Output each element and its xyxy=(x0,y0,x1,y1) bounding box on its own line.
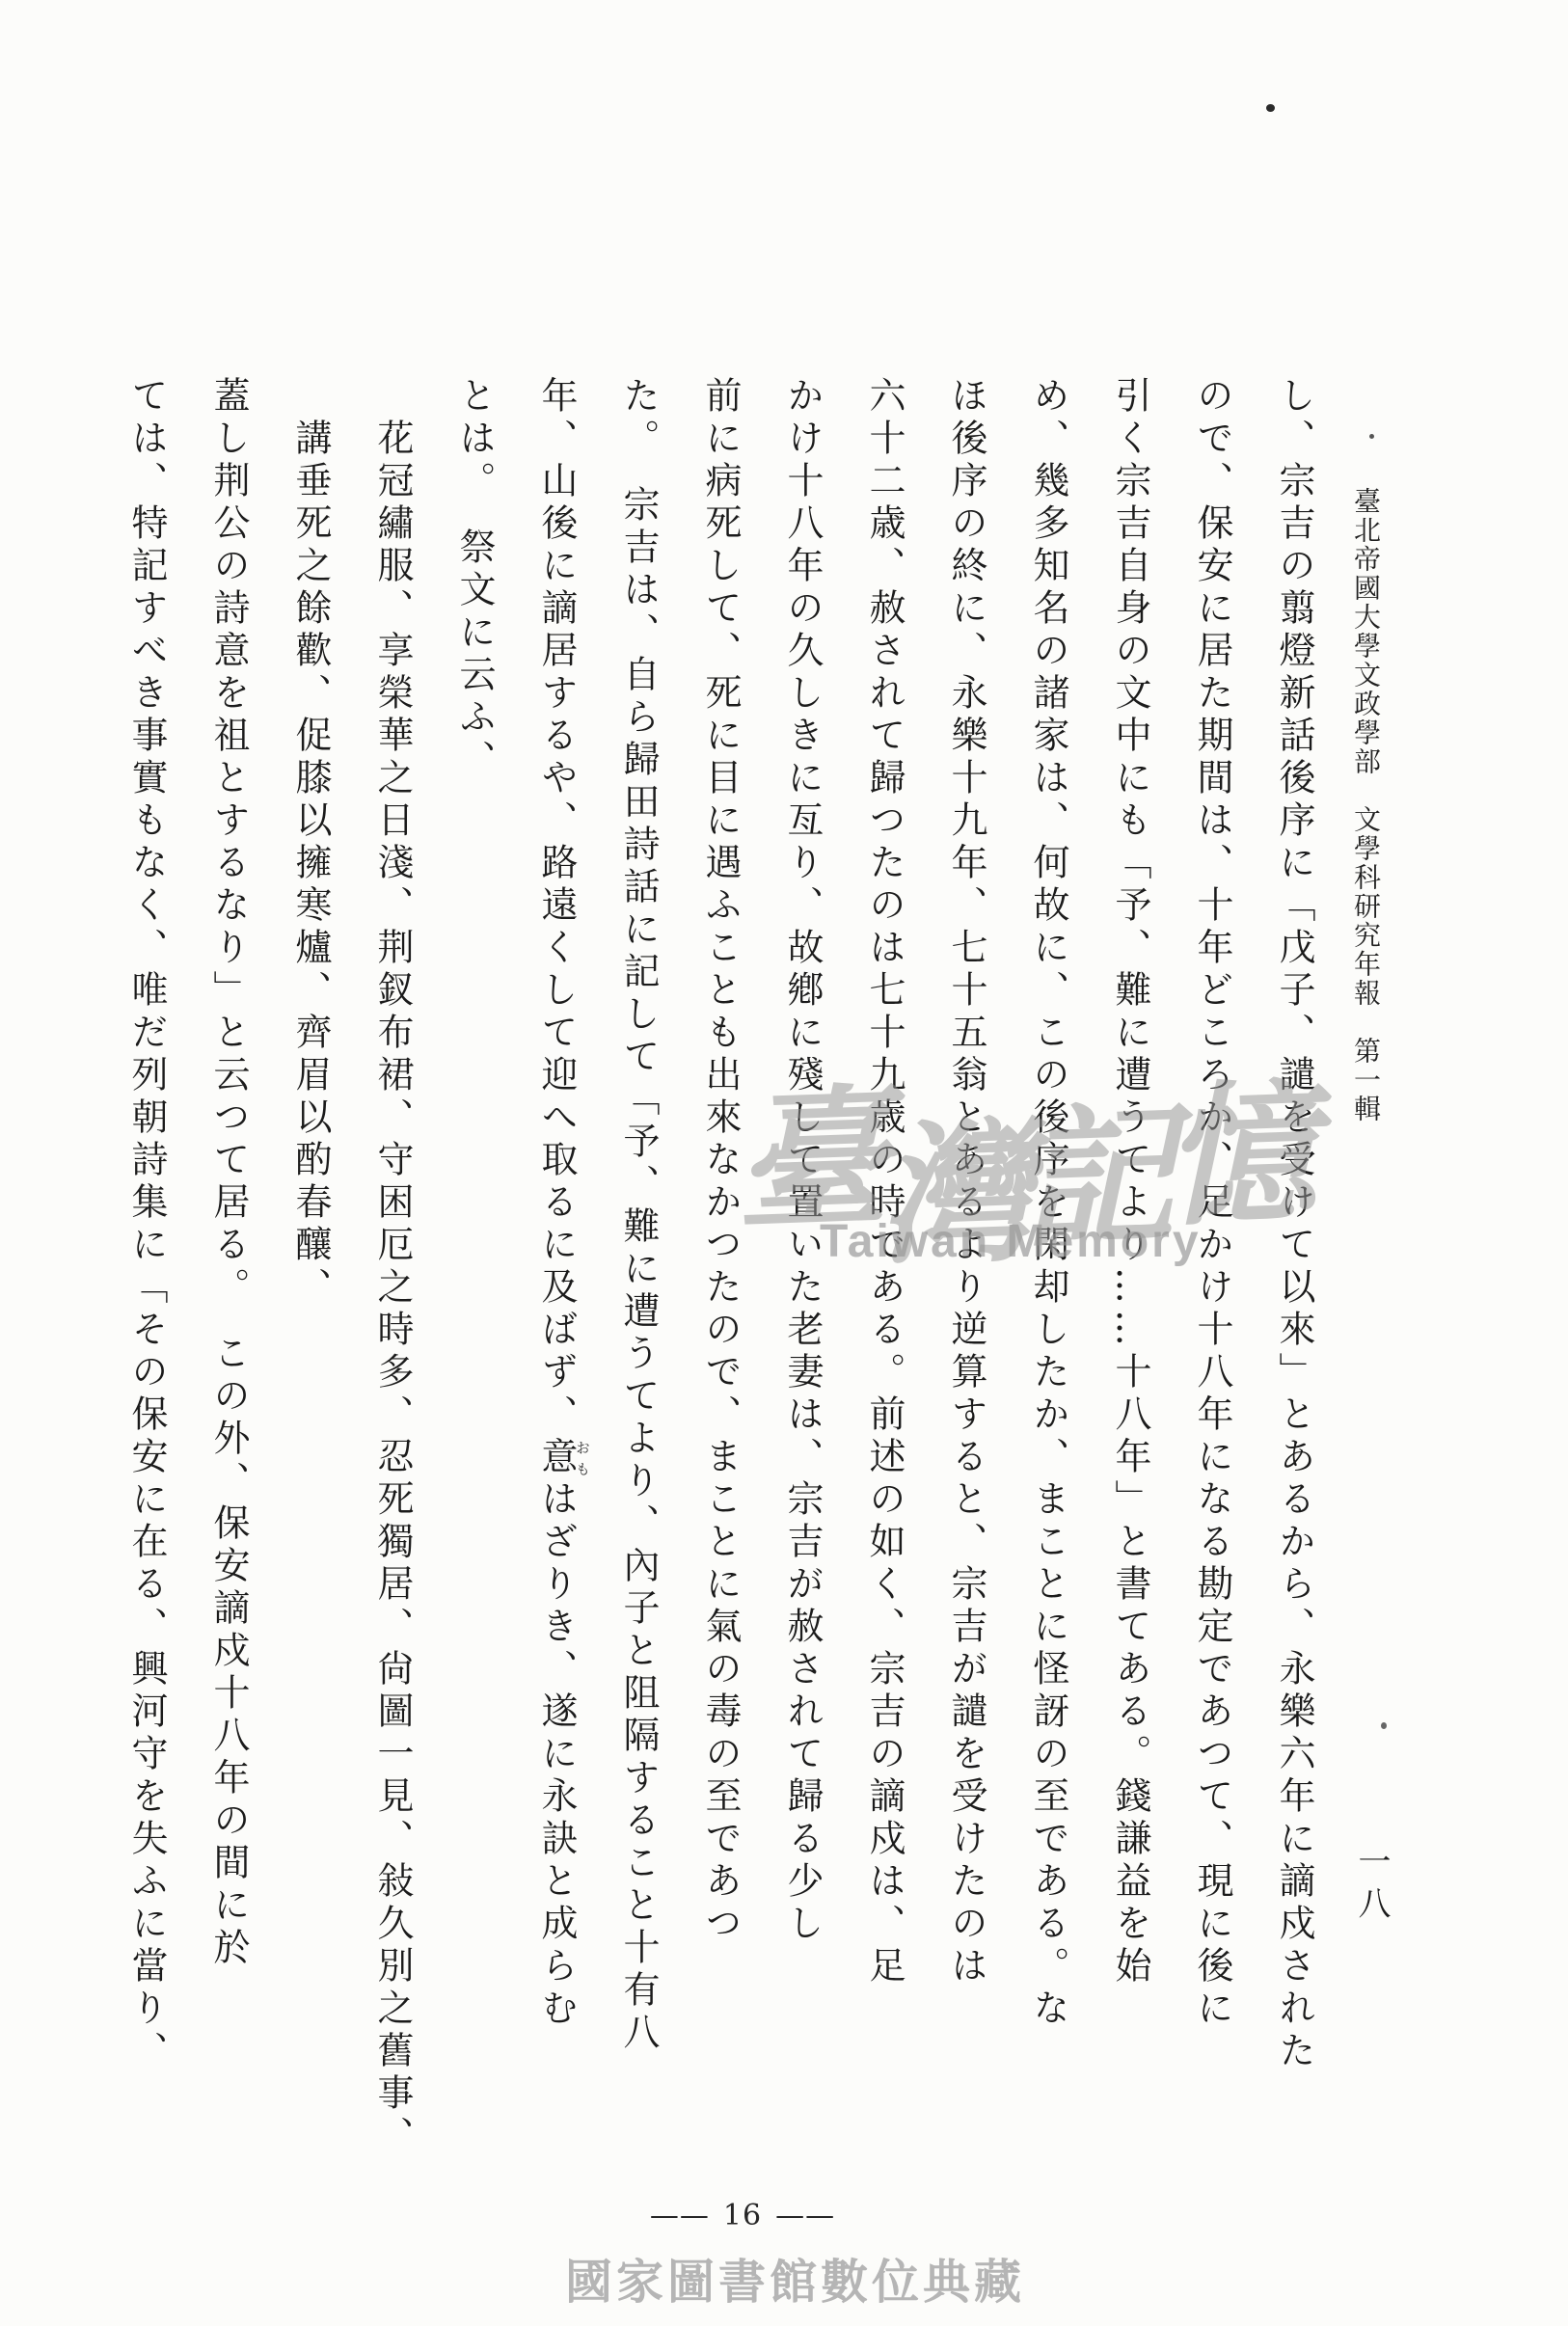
text-column: た。 宗吉は、自ら歸田詩話に記して「予、難に遭うてより、內子と阻隔すること十有八 xyxy=(597,376,679,2208)
footer-page-number: ——16—— xyxy=(535,2199,950,2232)
ink-speck xyxy=(1369,434,1374,439)
text-column: かけ十八年の久しきに亙り、故鄕に殘して置いた老妻は、宗吉が赦されて歸る少し xyxy=(761,376,843,2208)
text-column: 六十二歳、赦されて歸つたのは七十九歳の時である。前述の如く、宗吉の謫戍は、足 xyxy=(843,376,925,2208)
running-head: 臺北帝國大學文政學部 文學科研究年報 第一輯 xyxy=(1346,487,1385,1355)
text-column: し、宗吉の翦燈新話後序に「戊子、譴を受けて以來」とあるから、永樂六年に謫戍された xyxy=(1253,376,1335,2208)
scanned-page: 臺北帝國大學文政學部 文學科研究年報 第一輯 一八 し、宗吉の翦燈新話後序に「戊… xyxy=(0,0,1568,2326)
footer-dash-left: —— xyxy=(650,2199,710,2232)
text-column: とは。 祭文に云ふ、 xyxy=(433,376,515,2208)
ink-speck xyxy=(1266,104,1275,112)
text-column: 年、山後に謫居するや、路遠くして迎へ取るに及ばず、意おもはざりき、遂に永訣と成ら… xyxy=(515,376,597,2208)
text-column: 花冠繡服、享榮華之日淺、荆釵布裙、守困厄之時多、忍死獨居、尙圖一見、敍久別之舊事… xyxy=(351,376,433,2208)
text-column: 蓋し荆公の詩意を祖とするなり」と云つて居る。 この外、保安謫戍十八年の間に於 xyxy=(187,376,269,2208)
folio-number-kanji: 一八 xyxy=(1348,1844,1395,1979)
ink-speck xyxy=(1381,1722,1387,1729)
footer-page-number-value: 16 xyxy=(710,2199,775,2232)
text-column: ほ後序の終に、永樂十九年、七十五翁とあるより逆算すると、宗吉が譴を受けたのは xyxy=(925,376,1007,2208)
text-column: 前に病死して、死に目に遇ふことも出來なかつたので、まことに氣の毒の至であつ xyxy=(679,376,761,2208)
text-column: 講垂死之餘歡、促膝以擁寒爐、齊眉以酌春釀、 xyxy=(269,376,351,2208)
text-column: ては、特記すべき事實もなく、唯だ列朝詩集に「その保安に在る、興河守を失ふに當り、 xyxy=(105,376,187,2208)
footer-archive-label: 國家圖書館數位典藏 xyxy=(565,2245,1025,2312)
body-text-block: し、宗吉の翦燈新話後序に「戊子、譴を受けて以來」とあるから、永樂六年に謫戍された… xyxy=(102,376,1335,2213)
footer-dash-right: —— xyxy=(775,2199,835,2232)
text-column: ので、保安に居た期間は、十年どころか、足かけ十八年になる勘定であつて、現に後に xyxy=(1171,376,1253,2208)
text-column: 引く宗吉自身の文中にも「予、難に遭うてより……十八年」と書てある。錢謙益を始 xyxy=(1089,376,1171,2208)
text-column: め、幾多知名の諸家は、何故に、この後序を閑却したか、まことに怪訝の至である。な xyxy=(1007,376,1089,2208)
